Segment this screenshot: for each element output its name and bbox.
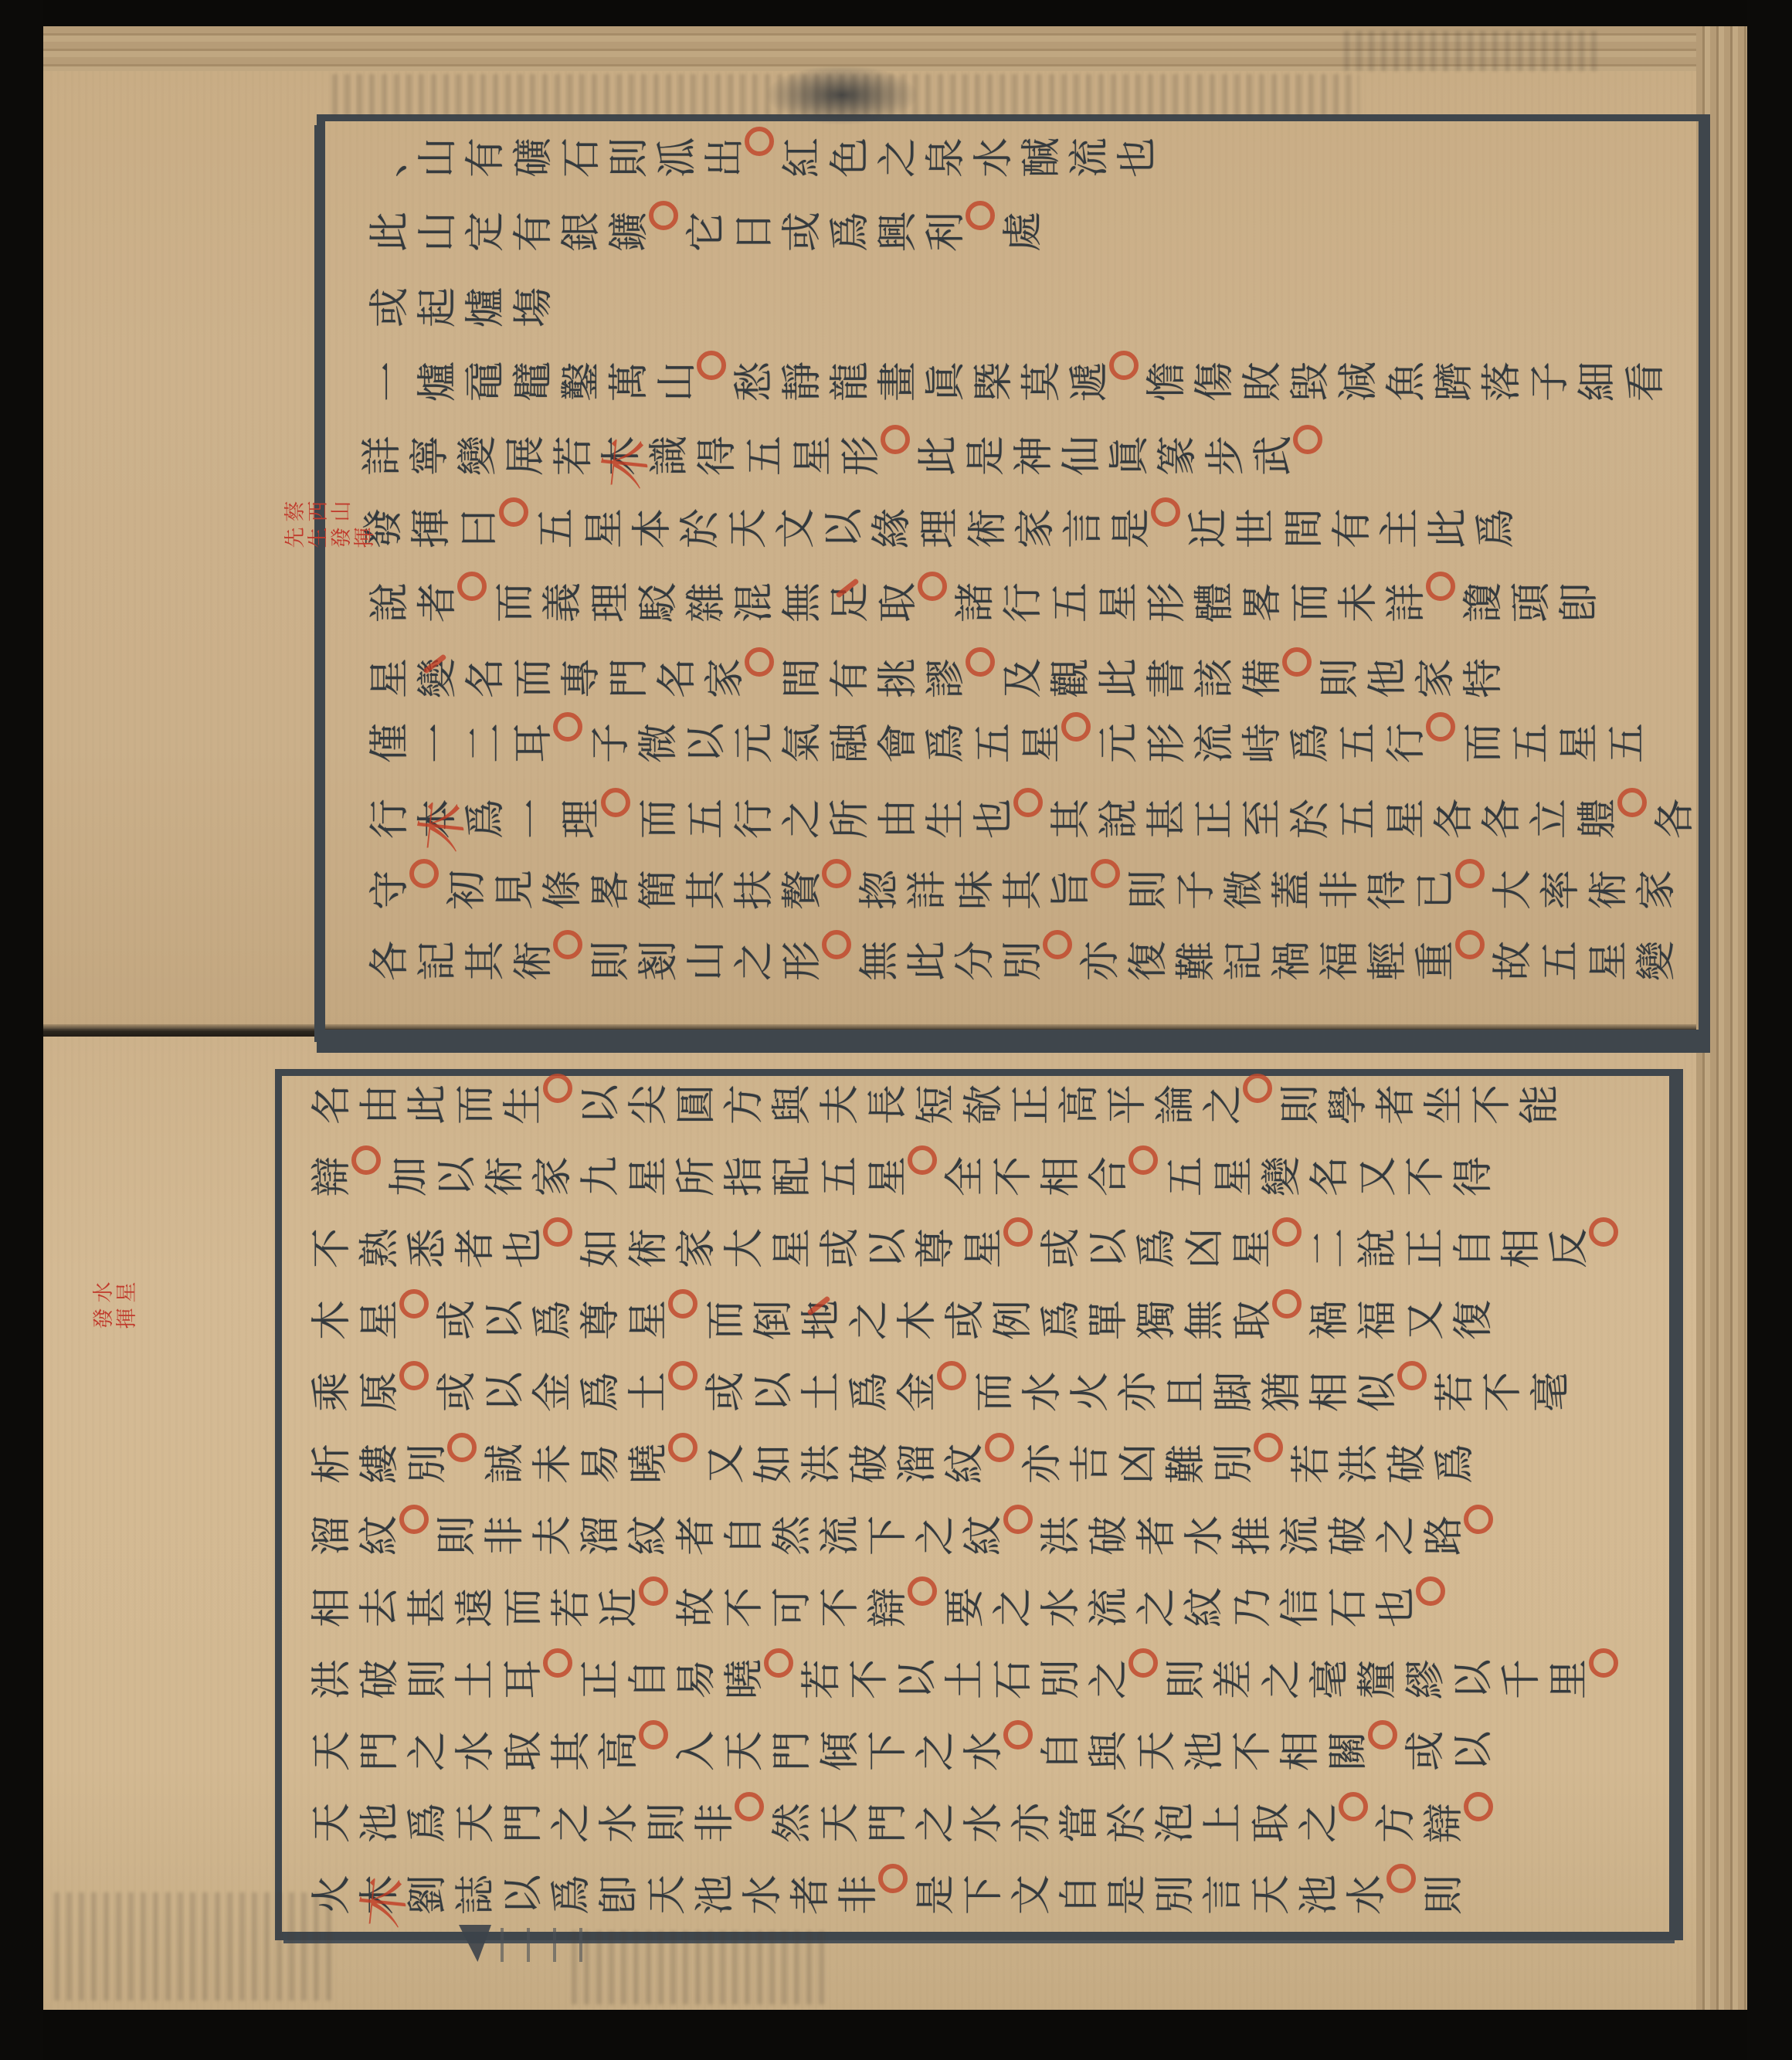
text-row: 詳寧變展若木木識得五星形此是神仙眞篆步武 [355, 431, 1324, 480]
text-row: 一爐黿鼊鑿萬山愁靜龍畫眞㮣莫遞憺傷敗毀減魚躋落子細看 [363, 357, 1667, 406]
text-row: 天門之水取其高入天門傾下之水自與天池不相關或以 [305, 1726, 1495, 1776]
text-row: 僅一二耳子微以元氣融會爲五星元形流峙爲五行而五星五 [363, 718, 1648, 768]
text-row: 溜紋則非夫溜紋者自然流下之紋洪破者水推流破之路 [305, 1511, 1495, 1560]
red-circle-punctuation [1464, 1505, 1493, 1534]
text-row: 辯加以術家九星所指配五星全不相合五星變名又不得 [305, 1152, 1495, 1201]
text-row: 乘厡或以金爲土或以土爲金而水火亦且脚猶相似若不毫 [305, 1367, 1572, 1417]
text-row: 或起爐塲 [363, 283, 555, 332]
text-row: 析縷別誠未易曉又如洪破溜紋亦吉凶難別若洪破爲 [305, 1439, 1476, 1488]
text-row: 名由此而生以尖圓方與夫長短欹正高平論之則學者坐不能 [305, 1080, 1561, 1129]
photo-frame-left [0, 0, 43, 2060]
photo-frame-bottom [0, 2010, 1792, 2060]
text-row: 木星或以爲尊星而倒地之木或例爲單獨無取禍福又復 [305, 1295, 1495, 1345]
text-row: 此山定有銀鑛它日或爲興利處 [363, 207, 1044, 256]
centerfold-leaf-number-marks [501, 1928, 593, 1962]
photo-frame-top [0, 0, 1792, 26]
ink-blot [765, 65, 919, 125]
photo-frame-right [1747, 0, 1792, 2060]
bleed-through-smudge [572, 1931, 826, 2004]
text-row: 守初見條畧簡其扶贅㧾詳味其旨則子微蓋非得已大率術家 [363, 865, 1678, 915]
text-row: 各記其術則剗山之形無此分別亦復難記禍福輕重故五星變 [363, 936, 1678, 986]
text-row: 洪破則土耳正自易曉若不以土石別之則差之毫釐繆以千里 [305, 1654, 1620, 1704]
red-circle-punctuation [1589, 1217, 1618, 1247]
red-circle-punctuation [1464, 1792, 1493, 1821]
text-row: 、山有礦石則泒出紅色之泉水醎流也 [363, 133, 1159, 182]
text-row: 星變名而專門名家間有挑謬及觀此書該備則他家特 [363, 653, 1505, 703]
text-row: 天池爲天門之水則非然天門之水亦當於泡上取之方辯 [305, 1798, 1495, 1848]
text-row: 行本木爲一理而五行之所由生也其說甚正至於五星各各立軆各 [363, 794, 1696, 843]
book-photo: 、山有礦石則泒出紅色之泉水醎流也此山定有銀鑛它日或爲興利處或起爐塲一爐黿鼊鑿萬山… [0, 0, 1792, 2060]
text-row: 說者而義理駁雜混無足取諸行五星形體畧而未詳讂頭卽 [363, 578, 1600, 627]
red-margin-note: 蔡西山先生發揮 [281, 498, 374, 551]
text-row: 相去甚遠而若近故不可不辯要之水流之紋乃信石也 [305, 1583, 1447, 1632]
text-row: 發揮曰五星本於天文以緣理術家言是近世間有主此爲 [357, 504, 1517, 553]
bleed-through-smudge [1344, 31, 1599, 71]
bleed-through-smudge [54, 1892, 332, 2001]
red-circle-punctuation [1293, 425, 1322, 454]
text-row: 火木木劉誌以爲卽天池水者非是下文自是別言天池水則 [305, 1870, 1465, 1919]
red-circle-punctuation [1416, 1576, 1445, 1606]
red-circle-punctuation [1589, 1648, 1618, 1678]
text-row: 不熟悉者也如術家大星或以尊星或以爲凶星二說正自相反 [305, 1223, 1620, 1273]
red-margin-note: 水星發揮 [90, 1279, 136, 1332]
